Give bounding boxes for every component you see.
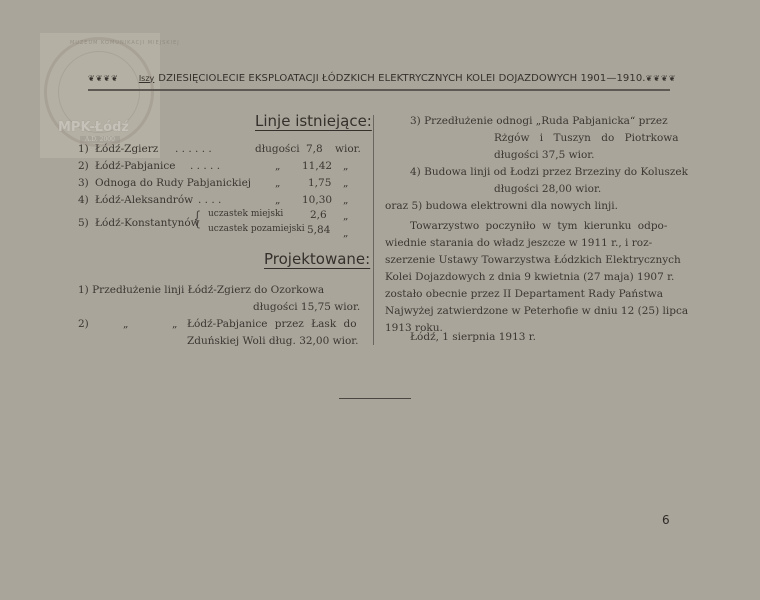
date-line: Łódź, 1 sierpnia 1913 r. xyxy=(410,331,536,343)
header-title: DZIESIĘCIOLECIE EKSPLOATACJI ŁÓDZKICH EL… xyxy=(158,73,645,84)
running-header: ❦❦❦❦ Iszy DZIESIĘCIOLECIE EKSPLOATACJI Ł… xyxy=(88,70,670,86)
page-number: 6 xyxy=(662,513,670,527)
paragraph-line: wiednie starania do władz jeszcze w 1911… xyxy=(385,237,652,249)
item-5: oraz 5) budowa elektrowni dla nowych lin… xyxy=(385,200,618,212)
paragraph-line: zostało obecnie przez II Departament Rad… xyxy=(385,288,663,300)
paragraph-line: Towarzystwo poczyniło w tym kierunku odp… xyxy=(410,220,667,232)
column-divider xyxy=(373,115,374,345)
brace-icon: { xyxy=(194,208,202,228)
paragraph-line: Kolei Dojazdowych z dnia 9 kwietnia (27 … xyxy=(385,271,674,283)
item-3-line-1: 3) Przedłużenie odnogi „Ruda Pabjanicka“… xyxy=(410,115,668,127)
watermark-year: A.D. 2000 xyxy=(80,136,120,143)
section-separator xyxy=(339,398,411,399)
ornament-left-icon: ❦❦❦❦ xyxy=(88,74,119,83)
projected-lines-title: Projektowane: xyxy=(264,250,370,268)
watermark-brand: MPK-Łódź xyxy=(58,120,129,135)
item-3-line-2: Rżgów i Tuszyn do Piotrkowa xyxy=(494,132,679,144)
paragraph-line: szerzenie Ustawy Towarzystwa Łódzkich El… xyxy=(385,254,681,266)
item-3-line-3: długości 37,5 wior. xyxy=(494,149,594,161)
item-4-line-1: 4) Budowa linji od Łodzi przez Brzeziny … xyxy=(410,166,688,178)
ornament-right-icon: ❦❦❦❦ xyxy=(646,74,677,83)
item-4-line-2: długości 28,00 wior. xyxy=(494,183,601,195)
existing-lines-title: Linje istniejące: xyxy=(255,112,372,130)
header-rule xyxy=(88,89,670,91)
edition-mark: Iszy xyxy=(139,74,154,83)
watermark-ring-text: MUZEUM KOMUNIKACJI MIEJSKIEJ xyxy=(70,40,180,46)
paragraph-line: Najwyżej zatwierdzone w Peterhofie w dni… xyxy=(385,305,688,317)
